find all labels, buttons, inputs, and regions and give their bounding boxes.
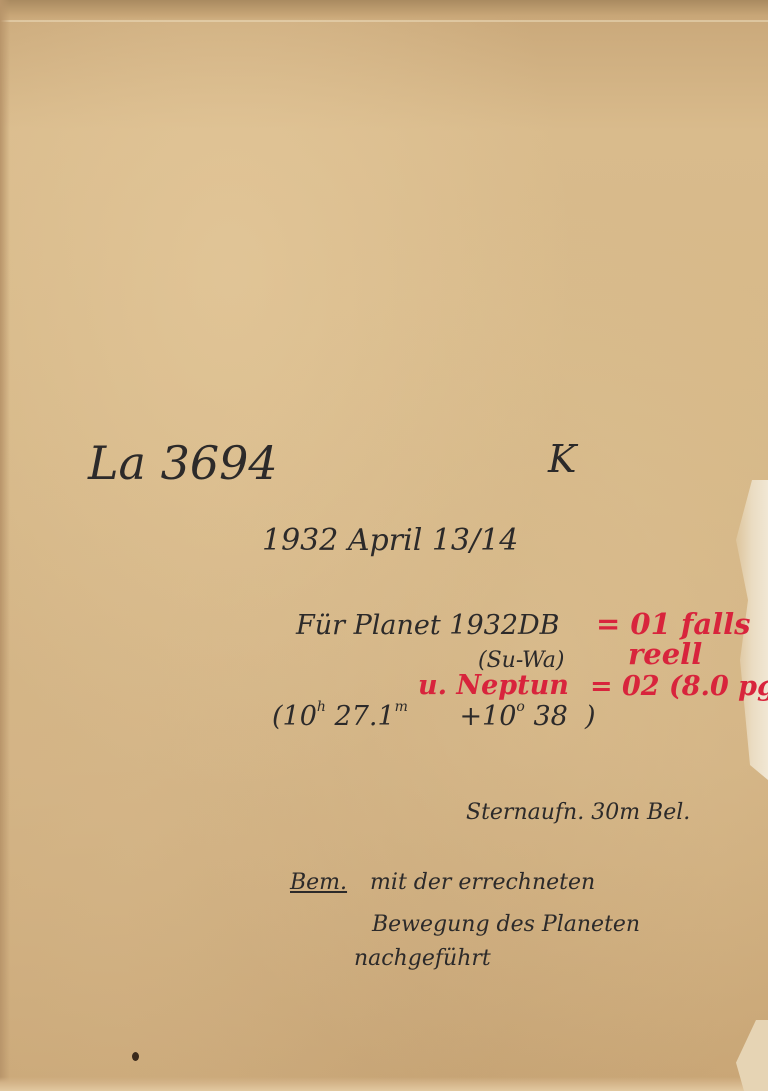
envelope-top-flap bbox=[0, 0, 768, 22]
planet-red-annotation: = 01 falls bbox=[596, 610, 750, 639]
coord-open-paren: ( bbox=[272, 701, 283, 732]
ra-hours: 10 bbox=[283, 701, 317, 732]
observer-initials: (Su-Wa) bbox=[478, 650, 564, 672]
mark-letter: K bbox=[548, 440, 576, 478]
dec-minutes: 38 bbox=[533, 701, 567, 732]
dec-degree-unit: o bbox=[516, 699, 524, 715]
left-edge-shadow bbox=[0, 0, 10, 1091]
exposure-note: Sternaufn. 30m Bel. bbox=[466, 802, 690, 824]
dec-degrees: +10 bbox=[459, 701, 516, 732]
neptun-annotation: u. Neptun bbox=[418, 672, 569, 699]
ink-spot bbox=[132, 1052, 139, 1061]
coord-close-paren: ) bbox=[585, 701, 596, 732]
remark-text-1: mit der errechneten bbox=[370, 870, 595, 895]
reell-annotation: reell bbox=[628, 640, 702, 669]
ra-minutes: 27.1 bbox=[335, 701, 395, 732]
planet-designation: Für Planet 1932DB bbox=[296, 612, 560, 639]
ra-minute-unit: m bbox=[395, 699, 408, 715]
catalog-number: La 3694 bbox=[88, 440, 278, 486]
observation-date: 1932 April 13/14 bbox=[262, 526, 518, 556]
remark-line-2: Bewegung des Planeten bbox=[372, 914, 640, 936]
plate-center-coordinates: (10h 27.1m +10o 38 ) bbox=[272, 703, 596, 730]
bottom-edge bbox=[0, 1077, 768, 1091]
remark-label: Bem. bbox=[290, 870, 347, 895]
fold-line bbox=[0, 20, 768, 22]
remark-line-3: nachgeführt bbox=[354, 948, 491, 970]
neptun-value: = 02 (8.0 pg) bbox=[590, 673, 768, 700]
ra-hour-unit: h bbox=[317, 699, 326, 715]
remark-line-1: Bem. mit der errechneten bbox=[290, 872, 595, 894]
